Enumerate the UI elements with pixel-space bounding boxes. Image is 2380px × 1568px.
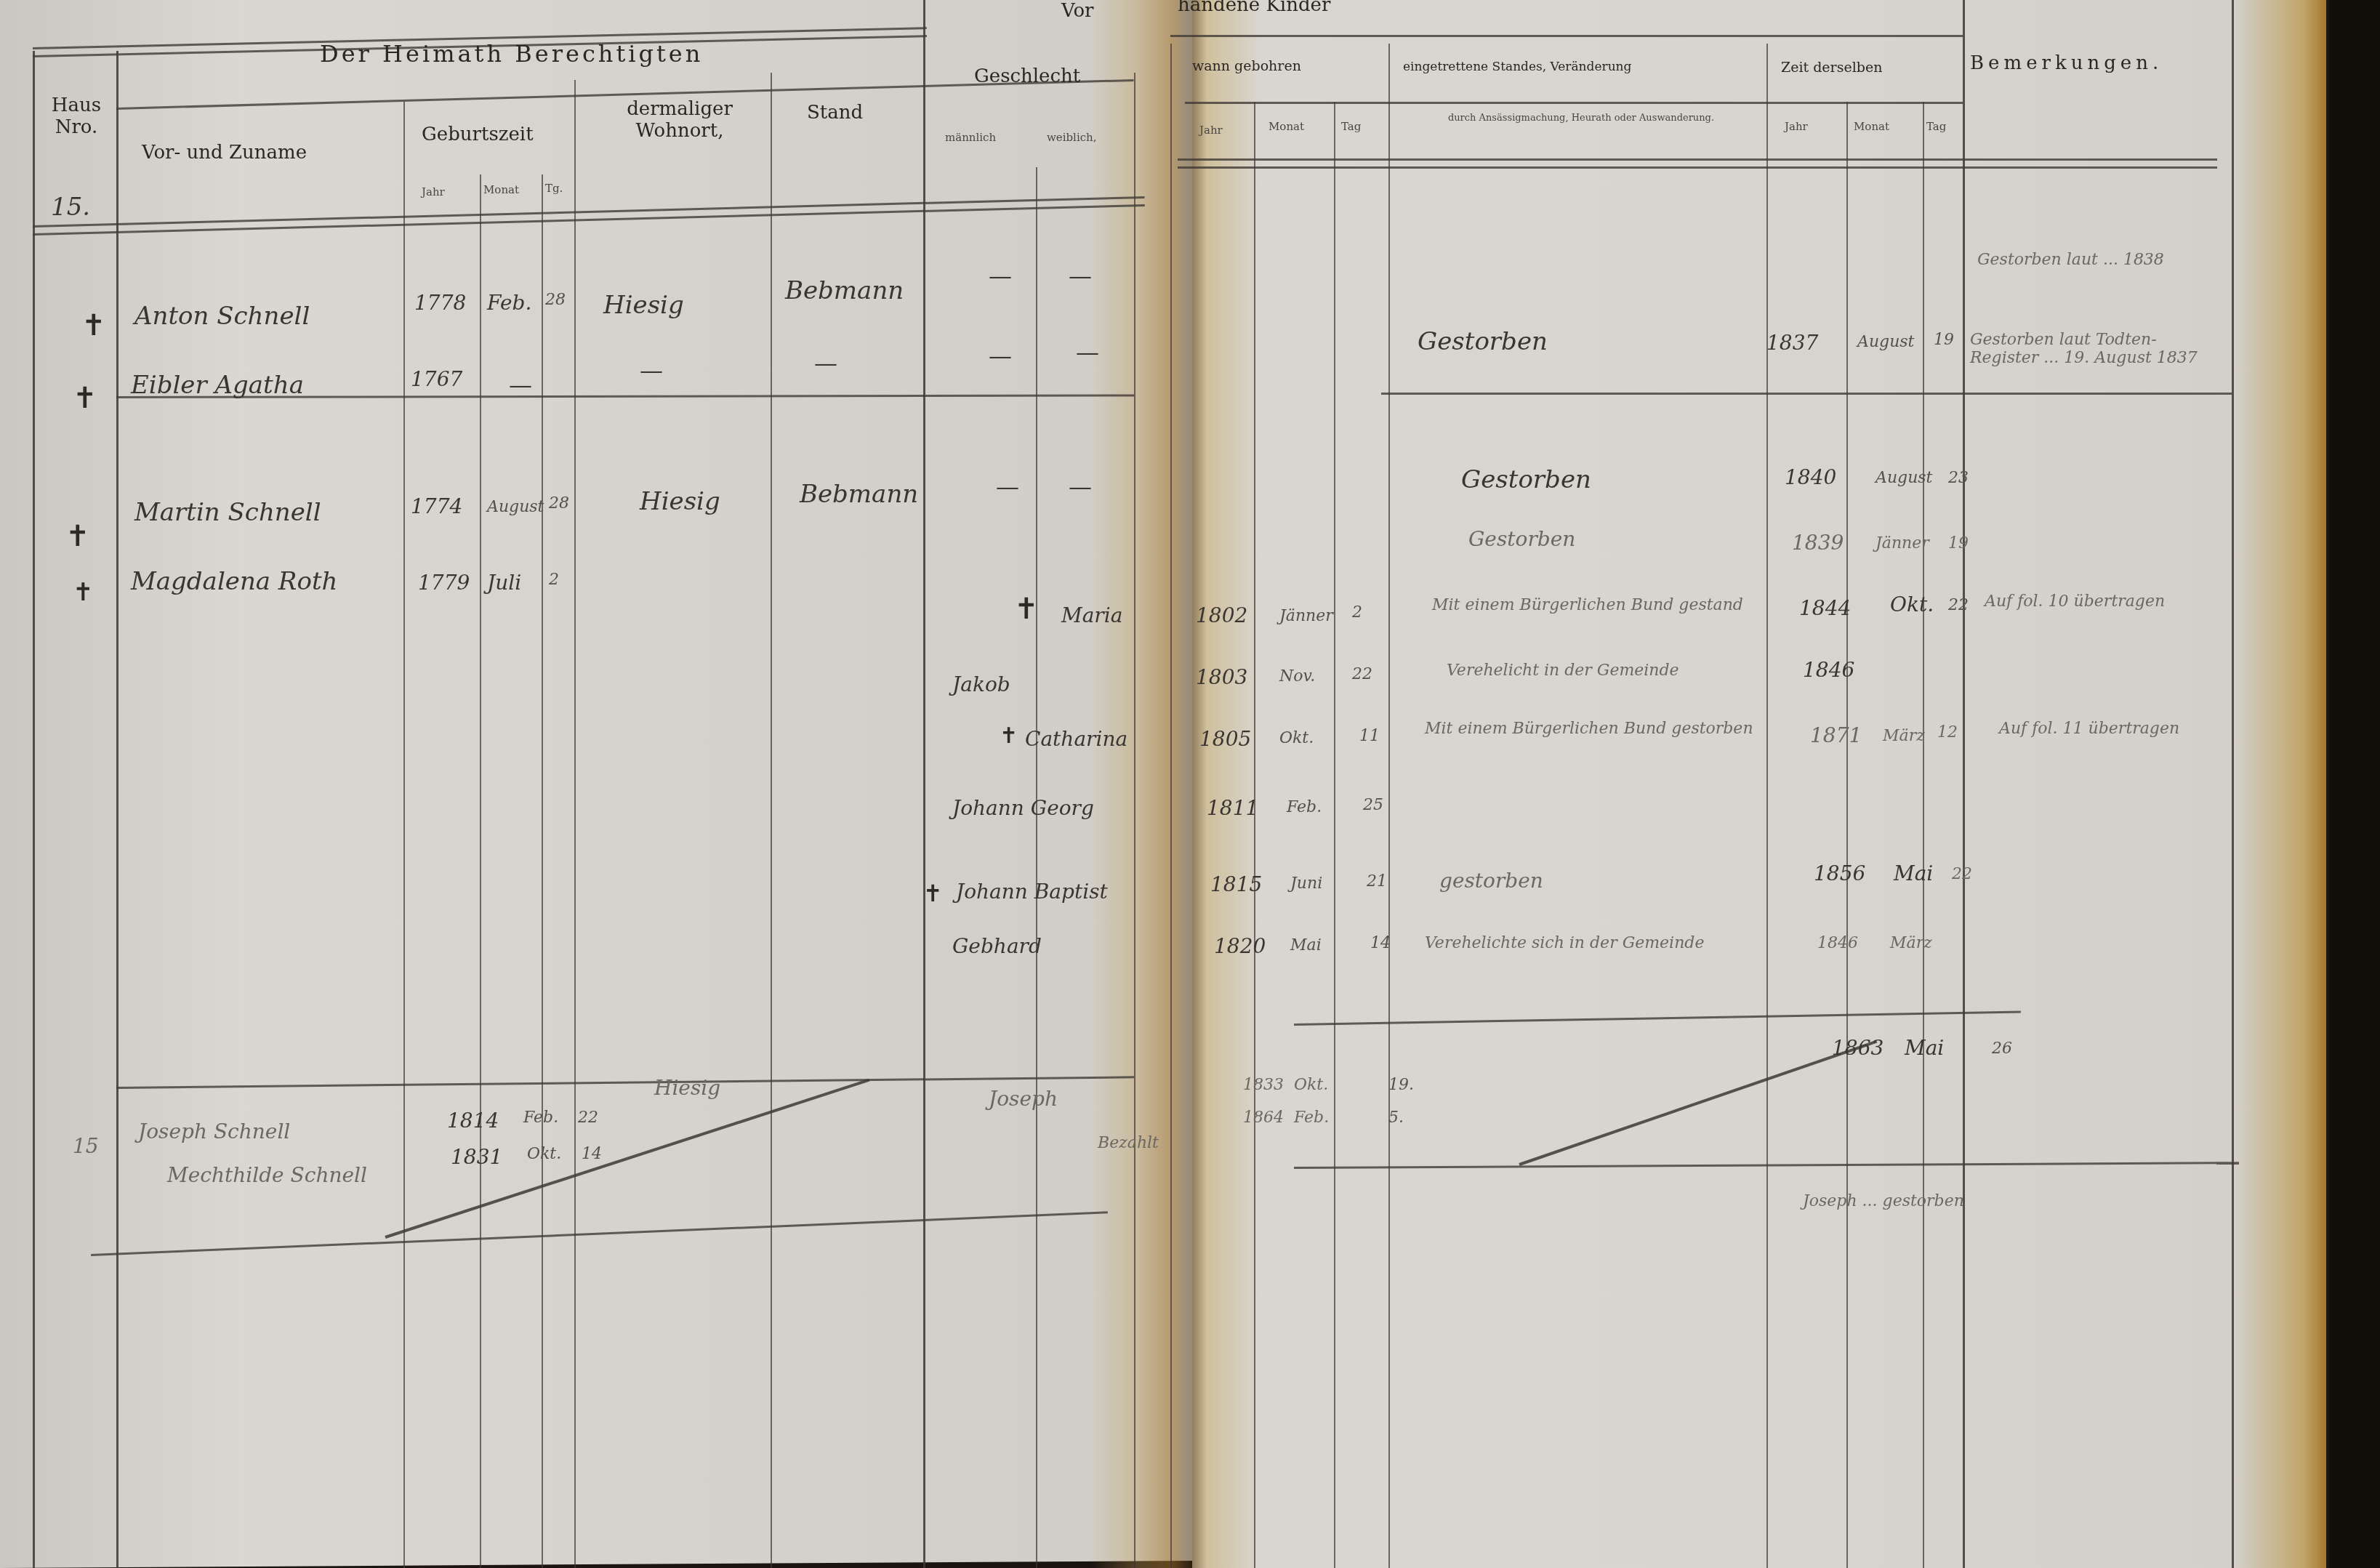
header-time-jahr: Jahr: [1785, 120, 1808, 133]
entry-residence: —: [640, 356, 663, 384]
child-born-day: 21: [1367, 872, 1387, 890]
entry-name: Martin Schnell: [134, 498, 321, 527]
child-born-month: Okt.: [1279, 729, 1314, 747]
parent-change: Gestorben: [1461, 465, 1591, 494]
col-divider-stand: [923, 0, 925, 1568]
left-page-right-border: [1134, 73, 1135, 1568]
death-cross-icon: ✝: [923, 880, 943, 907]
col-divider-birth: [574, 80, 576, 1568]
child-born-year: 1802: [1196, 603, 1247, 627]
child-name: Johann Georg: [952, 796, 1094, 820]
child-name: Johann Baptist: [956, 880, 1108, 904]
child-change: Verehelicht in der Gemeinde: [1447, 662, 1679, 680]
child-born-day: 25: [1363, 796, 1383, 814]
right-header-bottom-rule: [1178, 158, 2217, 169]
header-stand: Stand: [807, 102, 863, 124]
header-birth-monat: Monat: [483, 183, 519, 196]
entry-name: Eibler Agatha: [131, 371, 304, 400]
col-divider-time-monat: [1923, 102, 1924, 1568]
entry-male: —: [996, 473, 1019, 500]
parent-change-day: 23: [1948, 469, 1969, 487]
death-cross-icon: ✝: [81, 309, 106, 342]
entry-female: —: [1076, 338, 1099, 366]
header-born-monat: Monat: [1269, 120, 1304, 133]
child-change-day: 22: [1948, 596, 1969, 614]
col-divider-haus: [116, 51, 118, 1568]
entry-year: 1774: [411, 494, 462, 518]
entry-stand: —: [814, 349, 837, 377]
header-birth: Geburtszeit: [422, 124, 534, 145]
parent-remark: Gestorben laut Todten-Register ... 19. A…: [1970, 331, 2210, 367]
right-row-rule-1: [1381, 393, 2232, 395]
second-child-year: 1833: [1243, 1076, 1284, 1094]
child-change-year: 1856: [1814, 861, 1865, 885]
entry-month: —: [509, 371, 532, 398]
child-born-year: 1820: [1214, 934, 1266, 958]
parent-change-day: 19: [1934, 331, 1954, 349]
right-page-right-border: [2232, 0, 2234, 1568]
parent-change: Gestorben: [1468, 527, 1575, 551]
second-house-number: 15: [73, 1134, 99, 1158]
child-change-day: 22: [1952, 865, 1972, 883]
col-divider-time: [1963, 0, 1965, 1568]
entry-year: 1767: [411, 367, 462, 391]
death-cross-icon: ✝: [73, 578, 94, 607]
death-cross-icon: ✝: [65, 520, 90, 553]
second-house-month: Feb.: [523, 1109, 558, 1127]
entry-stand: Bebmann: [800, 480, 918, 509]
child-change: Verehelichte sich in der Gemeinde: [1425, 934, 1704, 952]
col-divider-name: [403, 102, 405, 1568]
left-border: [33, 51, 35, 1568]
header-change: eingetrettene Standes, Veränderung: [1403, 60, 1631, 74]
entry-day: 28: [549, 494, 569, 512]
child-remark: Auf fol. 10 übertragen: [1985, 592, 2165, 611]
second-change-month: Mai: [1905, 1036, 1944, 1060]
child-name: Maria: [1061, 603, 1122, 627]
header-gender: Geschlecht: [974, 65, 1080, 87]
child-change-year: 1844: [1799, 596, 1851, 620]
title-vor: Vor: [1061, 0, 1093, 22]
child-born-month: Nov.: [1279, 667, 1315, 686]
remark-top: Gestorben laut ... 1838: [1977, 251, 2164, 269]
death-cross-icon: ✝: [73, 382, 97, 415]
col-divider-monat: [542, 174, 543, 1568]
col-divider-born-jahr: [1254, 102, 1255, 1568]
header-residence: dermaliger Wohnort,: [603, 98, 756, 142]
child-change: Mit einem Bürgerlichen Bund gestand: [1432, 596, 1743, 614]
entry-day: 28: [545, 291, 566, 309]
header-time: Zeit derselben: [1781, 60, 1882, 76]
header-haus-nro: Haus Nro.: [40, 95, 113, 138]
entry-month: Juli: [487, 571, 521, 595]
right-header-mid-rule: [1185, 102, 1963, 104]
entry-male: —: [989, 342, 1012, 369]
child-born-year: 1805: [1199, 727, 1251, 751]
entry-year: 1779: [418, 571, 470, 595]
entry-male: —: [989, 262, 1012, 289]
register-book: Der Heimath Berechtigten Vor Haus Nro. 1…: [0, 0, 2380, 1568]
second-house-residence: Hiesig: [654, 1076, 720, 1100]
death-cross-icon: ✝: [1000, 723, 1018, 749]
entry-name: Anton Schnell: [134, 302, 310, 331]
second-house-month: Okt.: [527, 1145, 561, 1163]
child-born-year: 1815: [1210, 872, 1262, 896]
child-change: gestorben: [1439, 869, 1543, 893]
child-name: Catharina: [1025, 727, 1127, 751]
header-born-tag: Tag: [1341, 120, 1361, 133]
parent-change-month: Jänner: [1876, 534, 1929, 552]
second-change-day: 26: [1992, 1040, 2012, 1058]
header-name: Vor- und Zuname: [142, 142, 307, 164]
second-house-name: Mechthilde Schnell: [167, 1163, 367, 1187]
entry-month: Feb.: [487, 291, 531, 315]
second-child-day: 5.: [1388, 1109, 1404, 1127]
header-birth-jahr: Jahr: [422, 185, 445, 198]
parent-change-month: August: [1876, 469, 1932, 487]
parent-change-year: 1840: [1785, 465, 1836, 489]
col-divider-gender: [1036, 167, 1037, 1568]
entry-residence: Hiesig: [603, 291, 684, 320]
second-house-child: Joseph: [989, 1087, 1058, 1111]
second-child-year: 1864: [1243, 1109, 1284, 1127]
child-born-day: 2: [1352, 603, 1362, 622]
right-page: [1192, 0, 2326, 1568]
house-number: 15.: [51, 193, 90, 222]
child-change-year: 1846: [1817, 934, 1858, 952]
second-house-child-note: Bezahlt: [1098, 1134, 1159, 1152]
child-change-month: Mai: [1894, 861, 1933, 885]
col-divider-jahr: [480, 174, 481, 1568]
col-divider-change: [1766, 44, 1768, 1568]
second-change-year: 1863: [1832, 1036, 1884, 1060]
child-change-day: 12: [1937, 723, 1958, 741]
child-born-month: Mai: [1290, 936, 1322, 954]
child-born-day: 22: [1352, 665, 1372, 683]
second-house-year: 1814: [447, 1109, 499, 1133]
child-change-month: März: [1890, 934, 1932, 952]
second-child-month: Feb.: [1294, 1109, 1329, 1127]
header-male: männlich: [945, 131, 996, 144]
child-born-day: 11: [1359, 727, 1380, 745]
parent-change-day: 19: [1948, 534, 1969, 552]
child-born-month: Juni: [1290, 875, 1322, 893]
entry-year: 1778: [414, 291, 466, 315]
child-born-year: 1811: [1207, 796, 1258, 820]
entry-stand: Bebmann: [785, 276, 904, 305]
second-child-month: Okt.: [1294, 1076, 1328, 1094]
second-house-year: 1831: [451, 1145, 502, 1169]
entry-female: —: [1069, 473, 1092, 500]
second-child-day: 19.: [1388, 1076, 1414, 1094]
entry-day: 2: [549, 571, 559, 589]
entry-name: Magdalena Roth: [131, 567, 337, 596]
death-cross-icon: ✝: [1014, 592, 1039, 626]
book-gutter: [1090, 0, 1207, 1568]
child-born-month: Jänner: [1279, 607, 1333, 625]
right-page-left-border: [1170, 44, 1172, 1568]
child-born-month: Feb.: [1287, 798, 1322, 816]
child-change-year: 1846: [1803, 658, 1854, 682]
header-time-tag: Tag: [1926, 120, 1946, 133]
header-female: weiblich,: [1047, 131, 1097, 144]
title-heimath-berechtigten: Der Heimath Berechtigten: [320, 40, 703, 68]
second-house-day: 22: [578, 1109, 598, 1127]
parent-change-year: 1839: [1792, 531, 1844, 555]
col-divider-born-monat: [1334, 102, 1335, 1568]
second-house-footer-note: Joseph ... gestorben: [1803, 1192, 1964, 1210]
child-change: Mit einem Bürgerlichen Bund gestorben: [1425, 720, 1753, 738]
col-divider-residence: [771, 73, 772, 1568]
child-born-day: 14: [1370, 934, 1391, 952]
child-name: Jakob: [952, 672, 1010, 696]
child-remark: Auf fol. 11 übertragen: [1999, 720, 2179, 738]
child-change-year: 1871: [1810, 723, 1862, 747]
header-birth-tag: Tg.: [545, 182, 563, 195]
header-born-jahr: Jahr: [1199, 124, 1223, 137]
entry-residence: Hiesig: [640, 487, 720, 516]
entry-female: —: [1069, 262, 1092, 289]
child-change-month: Okt.: [1890, 592, 1934, 616]
second-house-day: 14: [582, 1145, 602, 1163]
col-divider-time-jahr: [1846, 102, 1848, 1568]
title-handene-kinder: handene Kinder: [1178, 0, 1330, 16]
child-born-year: 1803: [1196, 665, 1247, 689]
header-change-sub: durch Ansässigmachung, Heurath oder Ausw…: [1407, 113, 1756, 124]
child-name: Gebhard: [952, 934, 1042, 958]
parent-change: Gestorben: [1418, 327, 1548, 356]
col-divider-born: [1388, 44, 1390, 1568]
header-time-monat: Monat: [1854, 120, 1889, 133]
parent-change-year: 1837: [1766, 331, 1818, 355]
child-change-month: März: [1883, 727, 1925, 745]
background-edge: [2329, 0, 2380, 1568]
second-house-name: Joseph Schnell: [138, 1119, 290, 1143]
right-header-top-rule: [1170, 35, 1963, 37]
header-remarks: Bemerkungen.: [1970, 52, 2163, 74]
entry-month: August: [487, 498, 544, 516]
header-born: wann gebohren: [1192, 58, 1301, 74]
parent-change-month: August: [1857, 333, 1914, 351]
left-page: [0, 0, 1192, 1568]
